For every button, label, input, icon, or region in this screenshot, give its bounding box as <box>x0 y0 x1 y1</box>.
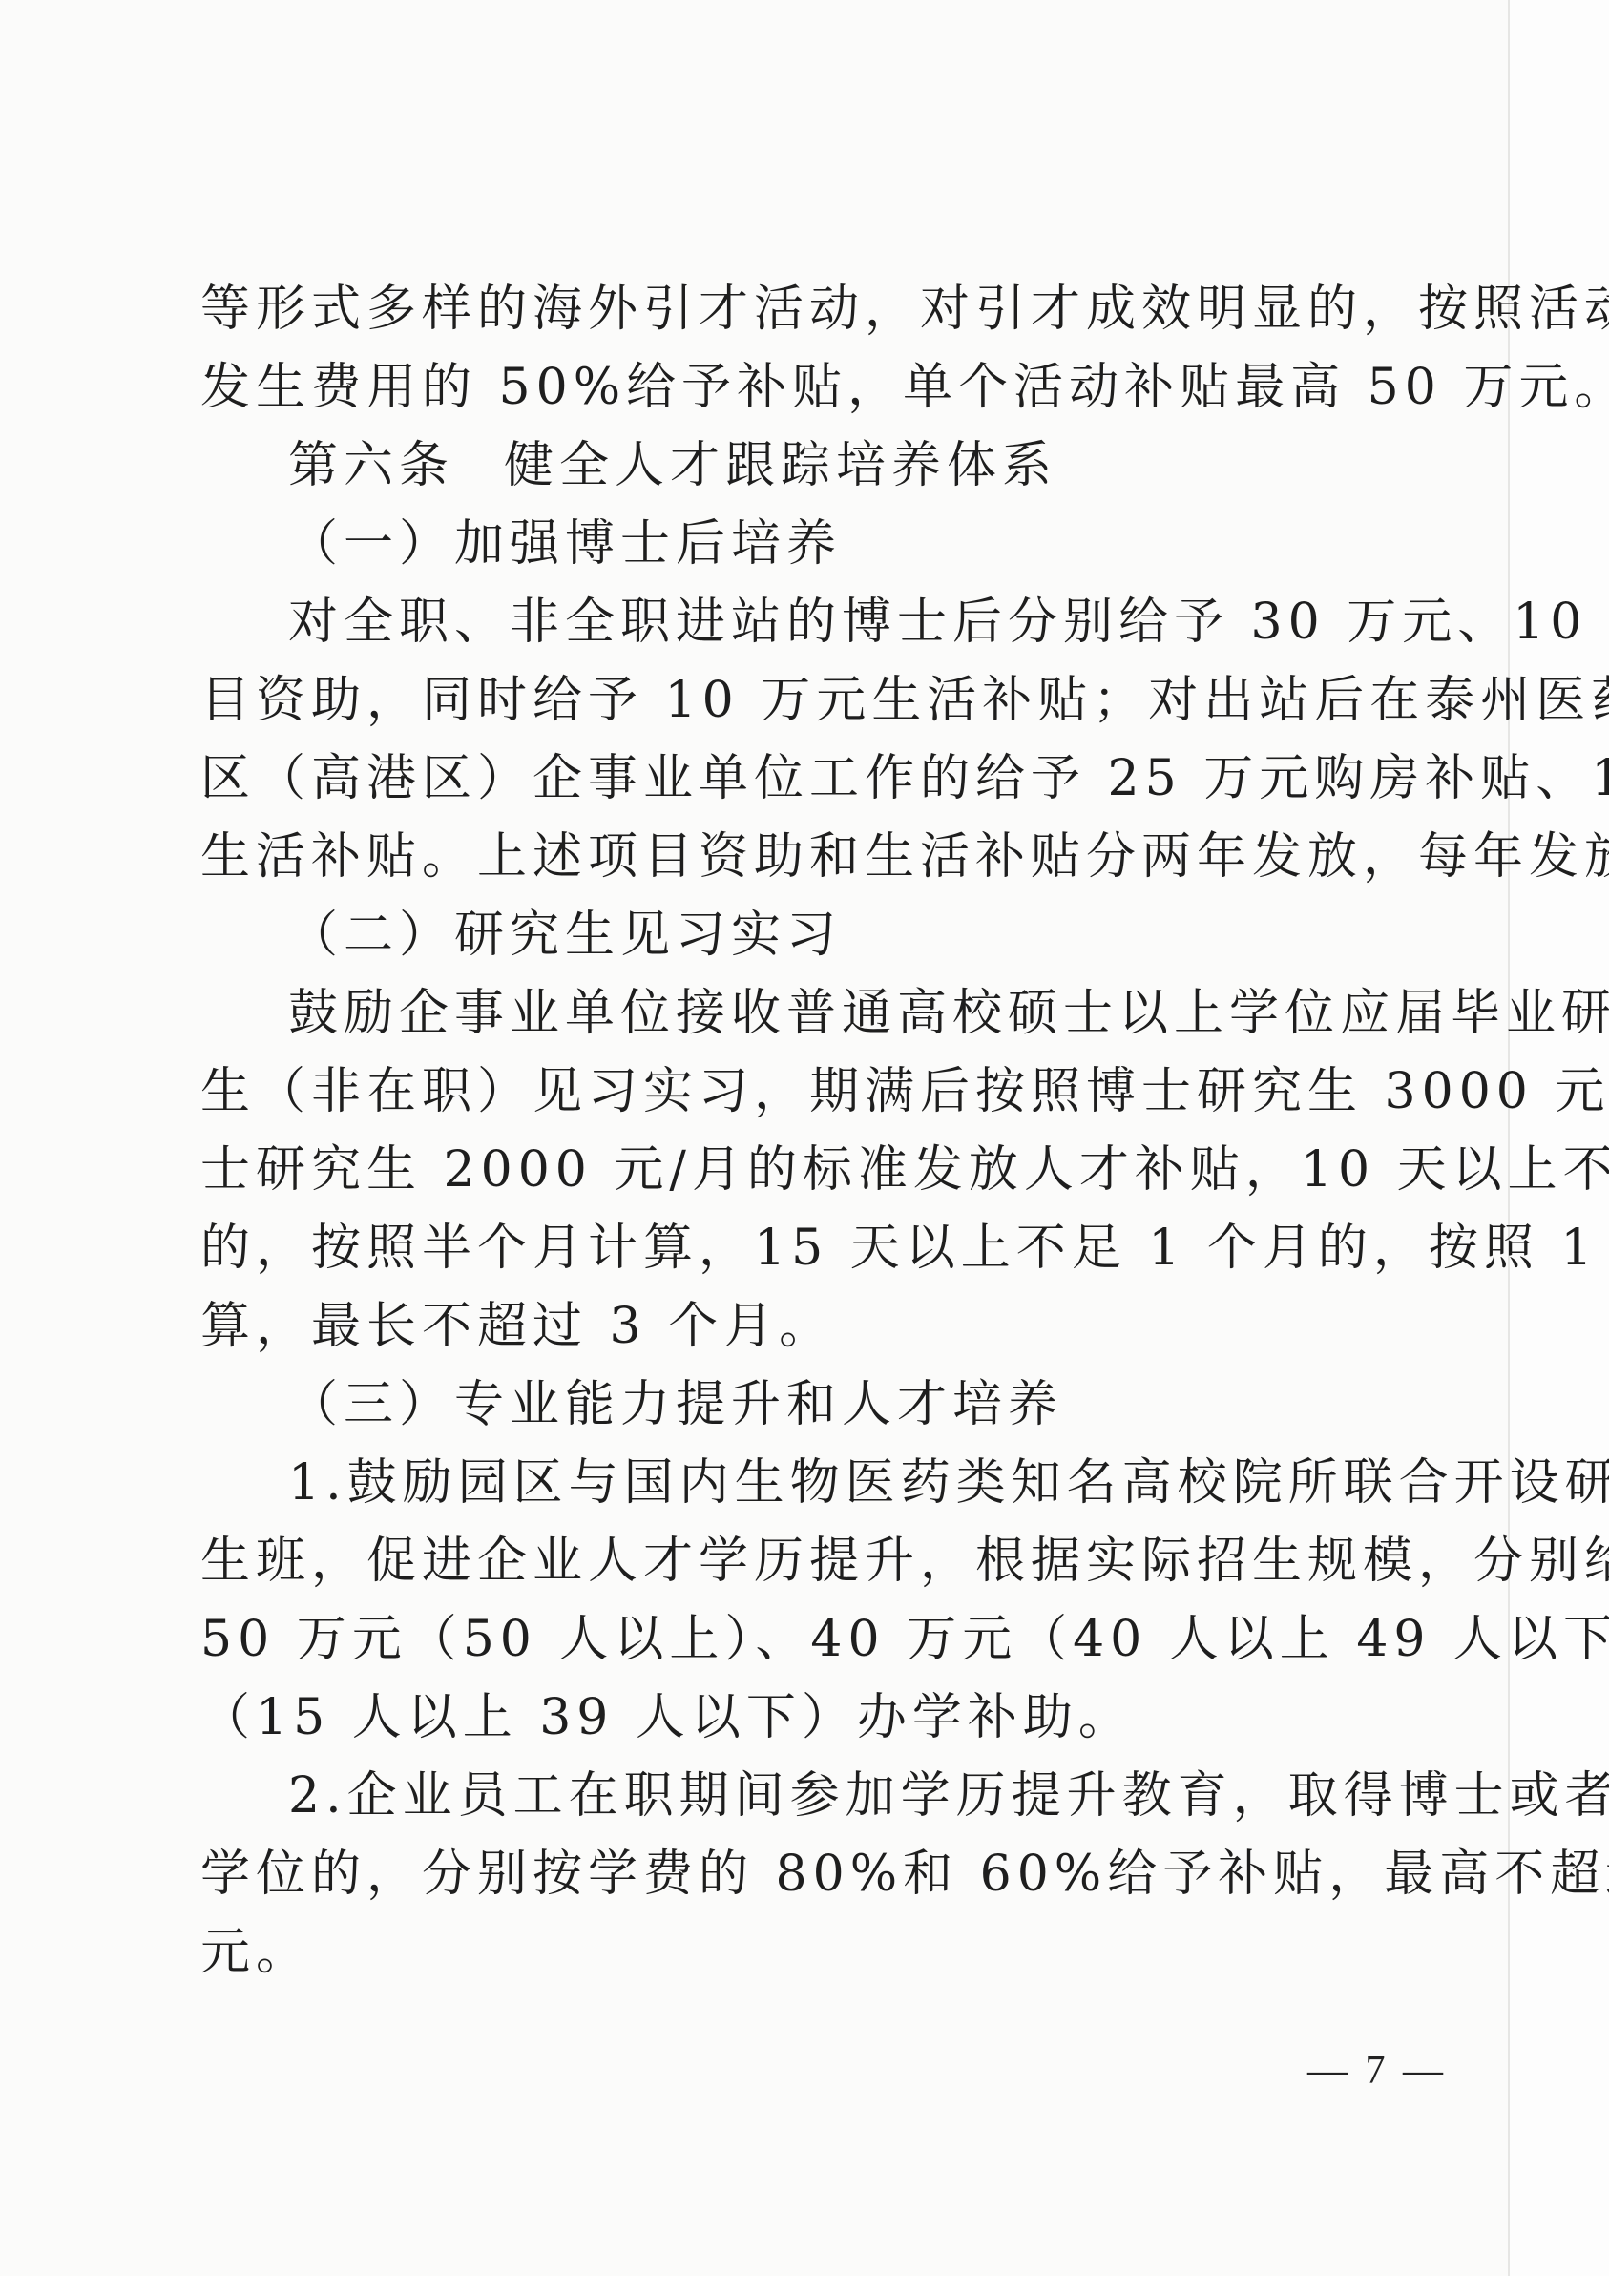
page-number: — 7 — <box>1307 2042 1447 2099</box>
text-line: （15 人以上 39 人以下）办学补助。 <box>200 1679 1427 1757</box>
section-heading-3: （三）专业能力提升和人才培养 <box>200 1366 1427 1444</box>
text-line: 生（非在职）见习实习，期满后按照博士研究生 3000 元/月、硕 <box>200 1053 1427 1131</box>
document-body: 等形式多样的海外引才活动，对引才成效明显的，按照活动实际 发生费用的 50%给予… <box>200 270 1427 1992</box>
article-number: 第六条 <box>288 437 454 494</box>
article-title: 健全人才跟踪培养体系 <box>504 437 1057 494</box>
scan-bottom-strip <box>0 2276 1609 2296</box>
section-heading-1: （一）加强博士后培养 <box>200 505 1427 583</box>
text-line: 50 万元（50 人以上）、40 万元（40 人以上 49 人以下）、30 万元 <box>200 1600 1427 1679</box>
paragraph-continuation: 等形式多样的海外引才活动，对引才成效明显的，按照活动实际 发生费用的 50%给予… <box>200 270 1427 427</box>
text-line: 鼓励企事业单位接收普通高校硕士以上学位应届毕业研究 <box>200 974 1427 1053</box>
text-line: 的，按照半个月计算，15 天以上不足 1 个月的，按照 1 个月计 <box>200 1209 1427 1287</box>
text-line: 元。 <box>200 1913 1427 1992</box>
text-line: 生活补贴。上述项目资助和生活补贴分两年发放，每年发放 50%。 <box>200 818 1427 896</box>
paragraph-postdoc: 对全职、非全职进站的博士后分别给予 30 万元、10 万元项 目资助，同时给予 … <box>200 583 1427 896</box>
paragraph-internship: 鼓励企事业单位接收普通高校硕士以上学位应届毕业研究 生（非在职）见习实习，期满后… <box>200 974 1427 1366</box>
text-line: 学位的，分别按学费的 80%和 60%给予补贴，最高不超过 5 万 <box>200 1835 1427 1913</box>
text-line: 1.鼓励园区与国内生物医药类知名高校院所联合开设研究 <box>200 1444 1427 1522</box>
text-line: 发生费用的 50%给予补贴，单个活动补贴最高 50 万元。 <box>200 348 1427 427</box>
text-line: 2.企业员工在职期间参加学历提升教育，取得博士或者硕士 <box>200 1757 1427 1835</box>
section-heading-2: （二）研究生见习实习 <box>200 896 1427 974</box>
article-heading: 第六条健全人才跟踪培养体系 <box>200 427 1427 505</box>
text-line: 算，最长不超过 3 个月。 <box>200 1287 1427 1366</box>
text-line: 对全职、非全职进站的博士后分别给予 30 万元、10 万元项 <box>200 583 1427 661</box>
text-line: 等形式多样的海外引才活动，对引才成效明显的，按照活动实际 <box>200 270 1427 348</box>
text-line: 目资助，同时给予 10 万元生活补贴；对出站后在泰州医药高新 <box>200 661 1427 740</box>
text-line: 生班，促进企业人才学历提升，根据实际招生规模，分别给予 <box>200 1522 1427 1600</box>
text-line: 士研究生 2000 元/月的标准发放人才补贴，10 天以上不足 15 天 <box>200 1131 1427 1209</box>
text-line: 区（高港区）企事业单位工作的给予 25 万元购房补贴、10 万元 <box>200 740 1427 818</box>
paragraph-graduate-class: 1.鼓励园区与国内生物医药类知名高校院所联合开设研究 生班，促进企业人才学历提升… <box>200 1444 1427 1757</box>
paragraph-degree-subsidy: 2.企业员工在职期间参加学历提升教育，取得博士或者硕士 学位的，分别按学费的 8… <box>200 1757 1427 1992</box>
